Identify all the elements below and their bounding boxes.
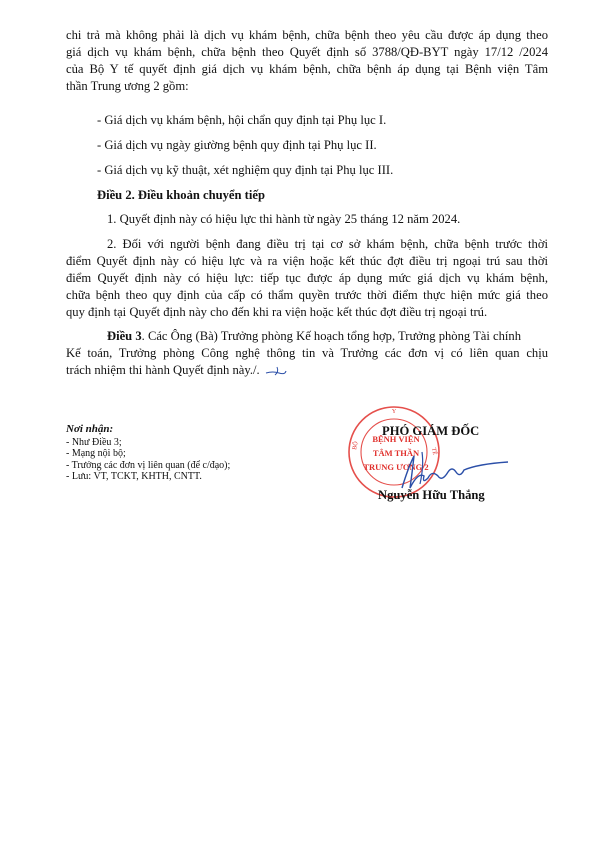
recipient-item: - Mạng nội bộ;: [66, 448, 230, 460]
signer-title: PHÓ GIÁM ĐỐC: [382, 424, 479, 439]
article-3-text: . Các Ông (Bà) Trưởng phòng Kế hoạch tổn…: [142, 329, 521, 343]
article-3-line: Điều 3. Các Ông (Bà) Trưởng phòng Kế hoạ…: [107, 328, 548, 344]
list-item: - Giá dịch vụ khám bệnh, hội chẩn quy đị…: [97, 112, 579, 128]
article-2-clause-2-line: điểm Quyết định này có hiệu lực và ra vi…: [66, 253, 548, 269]
document-page: chi trả mà không phải là dịch vụ khám bệ…: [0, 0, 600, 848]
intro-line: của Bộ Y tế quyết định giá dịch vụ khám …: [66, 61, 548, 77]
intro-line: chi trả mà không phải là dịch vụ khám bệ…: [66, 27, 548, 43]
intro-line: giá dịch vụ khám bệnh, chữa bệnh theo Qu…: [66, 44, 548, 60]
recipient-item: - Lưu: VT, TCKT, KHTH, CNTT.: [66, 471, 230, 483]
article-3-line: Kế toán, Trưởng phòng Công nghệ thông ti…: [66, 345, 548, 361]
initial-mark-icon: [265, 365, 287, 377]
recipients-title: Nơi nhận:: [66, 424, 230, 436]
article-2-clause-2-line: quy định tại Quyết định này cho đến khi …: [66, 304, 548, 320]
article-2-clause-2-line: điểm Quyết định này có hiệu lực: tiếp tụ…: [66, 270, 548, 286]
list-item: - Giá dịch vụ ngày giường bệnh quy định …: [97, 137, 579, 153]
article-3-text: trách nhiệm thi hành Quyết định này./.: [66, 363, 260, 377]
svg-text:Y: Y: [392, 409, 397, 415]
intro-line: thần Trung ương 2 gồm:: [66, 78, 548, 94]
article-3-line: trách nhiệm thi hành Quyết định này./.: [66, 362, 548, 378]
article-3-label: Điều 3: [107, 329, 142, 343]
list-item: - Giá dịch vụ kỹ thuật, xét nghiệm quy đ…: [97, 162, 579, 178]
signer-name: Nguyễn Hữu Thắng: [378, 488, 485, 503]
signature-block: Y BỘ TẾ BỆNH VIỆN TÂM THẦN TRUNG ƯƠNG 2 …: [360, 420, 540, 510]
recipient-item: - Như Điều 3;: [66, 437, 230, 449]
article-2-heading: Điều 2. Điều khoản chuyển tiếp: [97, 187, 579, 203]
article-2-clause-2-line: chữa bệnh theo quy định của cấp có thẩm …: [66, 287, 548, 303]
recipient-item: - Trưởng các đơn vị liên quan (để c/đạo)…: [66, 460, 230, 472]
article-2-clause-2-line: 2. Đối với người bệnh đang điều trị tại …: [107, 236, 548, 252]
article-2-clause-1: 1. Quyết định này có hiệu lực thi hành t…: [107, 211, 548, 227]
svg-text:BỘ: BỘ: [350, 440, 359, 450]
recipients-block: Nơi nhận: - Như Điều 3; - Mạng nội bộ; -…: [66, 424, 230, 483]
